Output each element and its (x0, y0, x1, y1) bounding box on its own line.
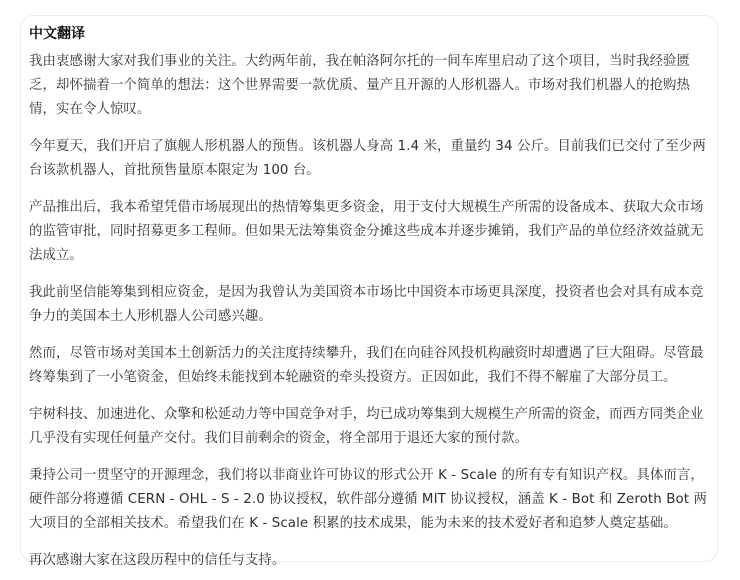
translation-card: 中文翻译 我由衷感谢大家对我们事业的关注。大约两年前，我在帕洛阿尔托的一间车库里… (20, 15, 718, 562)
paragraph-fundraising-obstacles: 然而，尽管市场对美国本土创新活力的关注度持续攀升，我们在向硅谷风投机构融资时却遭… (29, 342, 709, 390)
paragraph-open-source: 秉持公司一贯坚守的开源理念，我们将以非商业许可协议的形式公开 K - Scale… (29, 464, 709, 536)
section-title: 中文翻译 (29, 24, 709, 44)
paragraph-intro: 我由衷感谢大家对我们事业的关注。大约两年前，我在帕洛阿尔托的一间车库里启动了这个… (29, 50, 709, 122)
paragraph-capital-belief: 我此前坚信能筹集到相应资金，是因为我曾认为美国资本市场比中国资本市场更具深度，投… (29, 281, 709, 329)
paragraph-competitors: 宇树科技、加速进化、众擎和松延动力等中国竞争对手，均已成功筹集到大规模生产所需的… (29, 403, 709, 451)
paragraph-presale: 今年夏天，我们开启了旗舰人形机器人的预售。该机器人身高 1.4 米，重量约 34… (29, 135, 709, 183)
paragraph-funding-hope: 产品推出后，我本希望凭借市场展现出的热情筹集更多资金，用于支付大规模生产所需的设… (29, 196, 709, 268)
paragraph-thanks: 再次感谢大家在这段历程中的信任与支持。 (29, 549, 709, 573)
